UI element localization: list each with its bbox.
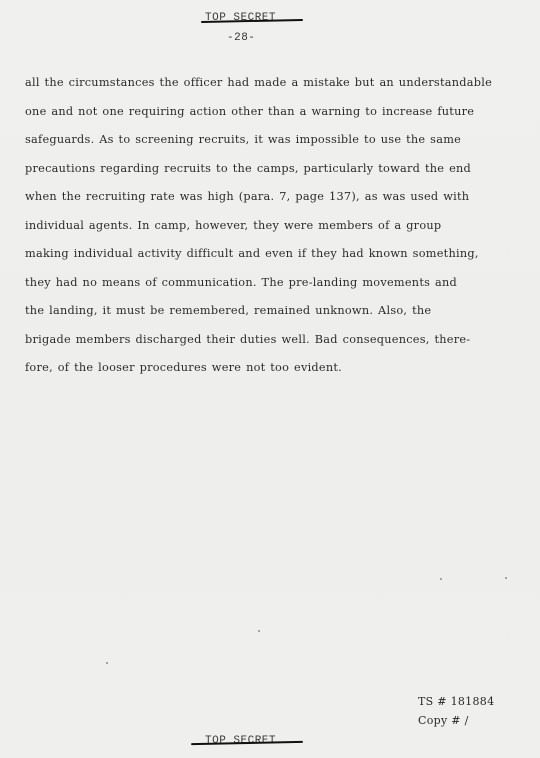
body-line: they had no means of communication. The … (25, 275, 525, 304)
document-page: TOP SECRET -28- all the circumstances th… (0, 0, 540, 758)
body-line: all the circumstances the officer had ma… (25, 75, 525, 104)
body-line: the landing, it must be remembered, rema… (25, 303, 525, 332)
body-line: fore, of the looser procedures were not … (25, 360, 525, 389)
body-line: brigade members discharged their duties … (25, 332, 525, 361)
body-line: individual agents. In camp, however, the… (25, 218, 525, 247)
body-paragraph: all the circumstances the officer had ma… (25, 75, 525, 389)
header-classification-marking: TOP SECRET (205, 12, 276, 24)
scan-speck (440, 578, 442, 580)
copy-number: Copy # / (418, 711, 494, 730)
body-line: precautions regarding recruits to the ca… (25, 161, 525, 190)
body-line: safeguards. As to screening recruits, it… (25, 132, 525, 161)
scan-speck (505, 577, 507, 579)
body-line: one and not one requiring action other t… (25, 104, 525, 133)
control-number: TS # 181884 (418, 692, 494, 711)
scan-speck (106, 662, 108, 664)
footer-classification-marking: TOP SECRET (205, 735, 276, 747)
body-line: making individual activity difficult and… (25, 246, 525, 275)
scan-speck (258, 630, 260, 632)
page-number: -28- (227, 32, 255, 44)
document-control-block: TS # 181884 Copy # / (418, 692, 494, 730)
body-line: when the recruiting rate was high (para.… (25, 189, 525, 218)
